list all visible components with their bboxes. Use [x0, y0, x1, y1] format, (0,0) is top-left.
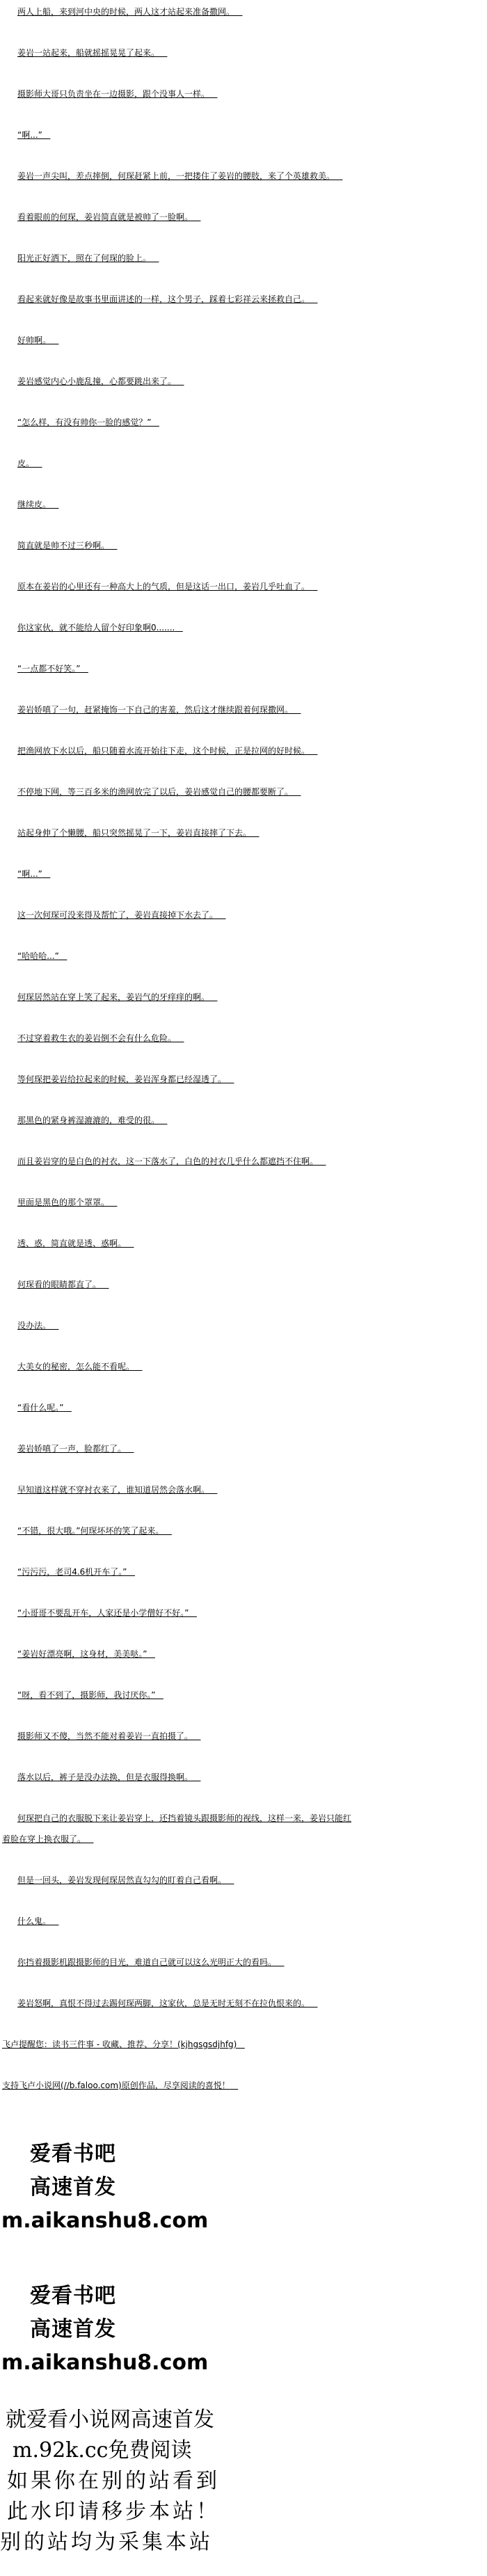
story-paragraph: 站起身伸了个懒腰，船只突然摇晃了一下，姜岩直接摔了下去。: [2, 822, 351, 843]
story-paragraph: “看什么呢。”: [2, 1397, 351, 1418]
story-paragraph: 等何琛把姜岩给拉起来的时候，姜岩浑身都已经湿透了。: [2, 1069, 351, 1090]
story-paragraph: 原本在姜岩的心里还有一种高大上的气质，但是这话一出口，姜岩几乎吐血了。: [2, 576, 351, 597]
story-paragraph: 摄影师又不傻，当然不能对着姜岩一直拍摄了。: [2, 1726, 351, 1747]
story-paragraph: 姜岩怒啊，真恨不得过去踢何琛两脚，这家伙，总是无时无刻不在拉仇恨来的。: [2, 1993, 351, 2014]
watermark-92k-block: 就爱看小说网高速首发m.92k.cc免费阅读如果你在别的站看到此水印请移步本站！…: [0, 2405, 487, 2558]
story-paragraph: 里面是黑色的那个罩罩。: [2, 1192, 351, 1213]
story-paragraph: “啊...”: [2, 864, 351, 884]
story-paragraph: 姜岩一站起来，船就摇摇晃晃了起来。: [2, 42, 351, 63]
story-paragraph: 阳光正好洒下，照在了何琛的脸上。: [2, 248, 351, 269]
watermark-line: 别的站均为采集本站: [0, 2527, 487, 2558]
story-paragraph: “小哥哥不要乱开车，人家还是小学僧好不好。”: [2, 1603, 351, 1623]
story-text: 两人上船，来到河中央的时候，两人这才站起来准备撒网。姜岩一站起来，船就摇摇晃晃了…: [0, 0, 351, 2096]
story-paragraph: 不过穿着救生衣的姜岩倒不会有什么危险。: [2, 1028, 351, 1049]
story-paragraph: 何琛把自己的衣服脱下来让姜岩穿上，还挡着镜头跟摄影师的视线，这样一来，姜岩只能红…: [2, 1808, 351, 1850]
watermark-site-name: 爱看书吧: [0, 2280, 487, 2313]
story-paragraph: 大美女的秘密，怎么能不看呢。: [2, 1356, 351, 1377]
story-paragraph: 何琛居然站在穿上笑了起来，姜岩气的牙痒痒的啊。: [2, 987, 351, 1008]
story-paragraph: 姜岩感觉内心小鹿乱撞，心都要跳出来了。: [2, 371, 351, 392]
story-paragraph: 好帅啊。: [2, 330, 351, 351]
story-paragraph: 而且姜岩穿的是白色的衬衣，这一下落水了，白色的衬衣几乎什么都遮挡不住啊。: [2, 1151, 351, 1172]
story-paragraph: “啊...”: [2, 125, 351, 145]
story-paragraph: 不停地下网，等三百多米的渔网放完了以后，姜岩感觉自己的腰都要断了。: [2, 781, 351, 802]
publisher-notice: 飞卢提醒您：读书三件事 - 收藏、推荐、分享！(kjhgsgsdjhfg): [2, 2034, 351, 2055]
story-paragraph: 早知道这样就不穿衬衣来了，谁知道居然会落水啊。: [2, 1479, 351, 1500]
story-paragraph: 这一次何琛可没来得及帮忙了，姜岩直接掉下水去了。: [2, 905, 351, 925]
watermark-line: 此水印请移步本站！: [0, 2497, 487, 2527]
story-paragraph: 何琛看的眼睛都直了。: [2, 1274, 351, 1295]
story-paragraph: 看着眼前的何琛，姜岩简直就是被帅了一脸啊。: [2, 207, 351, 228]
story-paragraphs: 两人上船，来到河中央的时候，两人这才站起来准备撒网。姜岩一站起来，船就摇摇晃晃了…: [2, 1, 351, 2014]
story-paragraph: 你挡着摄影机跟摄影师的目光，难道自己就可以这么光明正大的看吗。: [2, 1952, 351, 1973]
watermark-url: m.aikanshu8.com: [0, 2204, 487, 2238]
story-paragraph: 什么鬼。: [2, 1911, 351, 1932]
story-paragraph: “呀，看不到了，摄影师，我讨厌你。”: [2, 1685, 351, 1706]
story-paragraph: “不错，很大哦。”何琛坏坏的笑了起来。: [2, 1520, 351, 1541]
story-paragraph: 姜岩一声尖叫，差点摔倒，何琛赶紧上前，一把搂住了姜岩的腰肢，来了个英雄救美。: [2, 166, 351, 186]
story-paragraph: 看起来就好像是故事书里面讲述的一样，这个男子，踩着七彩祥云来拯救自己。: [2, 289, 351, 310]
watermark-aikanshu-block-2: 爱看书吧 高速首发 m.aikanshu8.com: [0, 2280, 487, 2380]
watermark-tagline: 高速首发: [0, 2313, 487, 2346]
watermark-url: m.aikanshu8.com: [0, 2346, 487, 2380]
publisher-notices: 飞卢提醒您：读书三件事 - 收藏、推荐、分享！(kjhgsgsdjhfg)支持飞…: [2, 2034, 351, 2096]
publisher-notice: 支持飞卢小说网(//b.faloo.com)原创作品，尽享阅读的喜悦！: [2, 2075, 351, 2096]
story-paragraph: 摄影师大哥只负责坐在一边摄影，跟个没事人一样。: [2, 84, 351, 104]
story-paragraph: 但是一回头，姜岩发现何琛居然直勾勾的盯着自己看啊。: [2, 1870, 351, 1891]
story-paragraph: 落水以后，裤子是没办法换，但是衣服得换啊。: [2, 1767, 351, 1788]
story-paragraph: 透、惑，简直就是透、惑啊。: [2, 1233, 351, 1254]
story-paragraph: 没办法。: [2, 1315, 351, 1336]
story-paragraph: 那黑色的紧身裤湿漉漉的，难受的很。: [2, 1110, 351, 1131]
story-paragraph: “一点都不好笑。”: [2, 658, 351, 679]
story-paragraph: 继续皮。: [2, 494, 351, 515]
story-paragraph: “怎么样，有没有帅你一脸的感觉？”: [2, 412, 351, 433]
story-paragraph: 姜岩娇嗔了一句，赶紧掩饰一下自己的害羞，然后这才继续跟着何琛撒网。: [2, 699, 351, 720]
story-paragraph: 简直就是帅不过三秒啊。: [2, 535, 351, 556]
story-paragraph: 把渔网放下水以后，船只随着水流开始往下走，这个时候，正是拉网的好时候。: [2, 740, 351, 761]
story-paragraph: 你这家伙，就不能给人留个好印象啊0.......: [2, 617, 351, 638]
story-paragraph: “污污污，老司4.6机开车了。”: [2, 1561, 351, 1582]
story-paragraph: 两人上船，来到河中央的时候，两人这才站起来准备撒网。: [2, 1, 351, 22]
watermark-line: 如果你在别的站看到: [0, 2466, 487, 2497]
story-paragraph: “姜岩好漂亮啊，这身材，美美哒。”: [2, 1644, 351, 1664]
watermark-line: 就爱看小说网高速首发: [0, 2405, 487, 2435]
watermark-tagline: 高速首发: [0, 2171, 487, 2204]
story-paragraph: 姜岩娇嗔了一声，脸都红了。: [2, 1438, 351, 1459]
watermark-site-name: 爱看书吧: [0, 2138, 487, 2171]
story-paragraph: “哈哈哈...”: [2, 946, 351, 967]
story-paragraph: 皮。: [2, 453, 351, 474]
watermark-aikanshu-block-1: 爱看书吧 高速首发 m.aikanshu8.com: [0, 2138, 487, 2238]
watermark-line: m.92k.cc免费阅读: [0, 2435, 487, 2466]
